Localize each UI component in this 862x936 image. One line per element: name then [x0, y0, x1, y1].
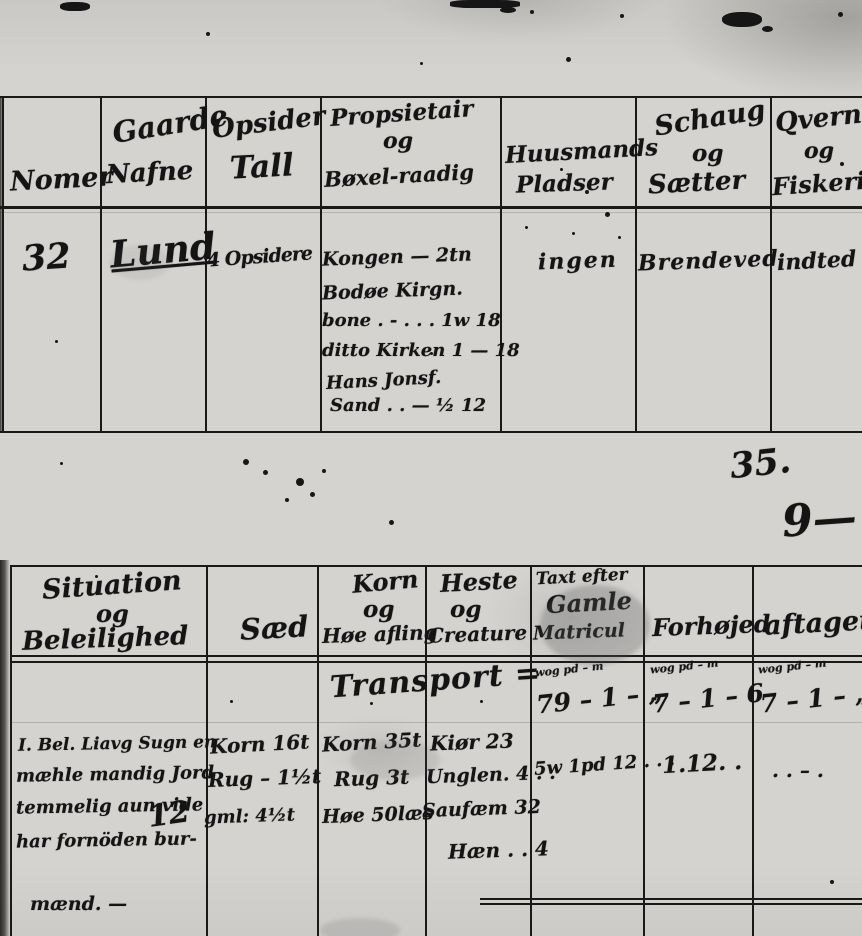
- t1-header-qvern: Qvern: [774, 102, 862, 137]
- t1-header-saetter: Sætter: [647, 167, 745, 198]
- t2-header-korn: Korn: [351, 567, 419, 597]
- t2-vline-2: [317, 565, 319, 936]
- t1-row-prop-line2: Bodøe Kirgn.: [322, 280, 463, 304]
- t2-header-korn-og: og: [363, 598, 394, 621]
- t2-transport-forhojed: 7 – 1 – 6: [651, 680, 765, 717]
- t1-header-boexel: Bøxel-raadig: [324, 161, 475, 190]
- t1-header-schaug-og: og: [692, 142, 723, 165]
- t1-header-schaug: Schaug: [653, 96, 767, 140]
- t1-row-schaug: Brendeved: [638, 248, 779, 275]
- t1-header-opsider: Opsider: [211, 103, 327, 143]
- t2-vline-0: [10, 565, 12, 936]
- t1-header-nafne: Nafne: [105, 158, 193, 189]
- t2-header-rule: [10, 655, 862, 657]
- t2-creature-line1: Kiør 23: [430, 731, 514, 754]
- t1-row-opsider-tall: 4 Opsidere: [206, 244, 312, 270]
- t1-row-huusmand: ingen: [538, 249, 618, 274]
- t1-row-prop-line1: Kongen — 2tn: [322, 245, 472, 269]
- t1-header-fiskeri: Fiskeri: [771, 169, 862, 199]
- t1-vline-0: [2, 96, 4, 433]
- t2-saed-line1: Korn 16t: [210, 731, 310, 756]
- t1-header-tall: Tall: [229, 150, 294, 184]
- t2-row-gamle: 5w 1pd 12 . . .: [534, 751, 676, 779]
- t2-header-aftaget: aftaget: [763, 607, 862, 640]
- t2-creature-line4: Hæn . . 4: [448, 838, 549, 862]
- t1-vline-4: [500, 96, 502, 433]
- t2-transport-rule: [10, 722, 862, 723]
- page-number: 35.: [728, 443, 792, 484]
- page-binding-edge-bottom: [0, 560, 10, 936]
- t2-transport-label: Transport =: [329, 659, 542, 704]
- t2-afling-line3: Høe 50læs: [322, 804, 434, 827]
- t1-row-prop-line4: ditto Kirken 1 — 18: [322, 342, 520, 360]
- t1-header-rule2: [0, 212, 862, 213]
- scanned-ledger-page: Nomer Gaarde Nafne Opsider Tall Propsiet…: [0, 0, 862, 936]
- t2-situation-flourish: 12: [146, 797, 192, 833]
- t2-header-heste-og: og: [450, 598, 481, 621]
- t2-saed-line3: gml: 4½t: [204, 806, 296, 827]
- margin-note: 9—: [781, 495, 859, 544]
- t1-header-qvern-og: og: [804, 140, 834, 162]
- t2-vline-4: [530, 565, 532, 936]
- t2-saed-line2: Rug – 1½t: [208, 766, 322, 790]
- t1-header-pladser: Pladser: [516, 170, 613, 196]
- t1-vline-1: [100, 96, 102, 433]
- t1-row-prop-line3: bone . - . . . 1w 18: [322, 312, 501, 330]
- t1-header-propsietair: Propsietair: [329, 97, 474, 130]
- t2-top-rule: [10, 565, 862, 567]
- t2-header-saed: Sæd: [239, 612, 309, 645]
- t1-row-number: 32: [21, 238, 72, 276]
- t2-situation-line4: har fornöden bur-: [16, 830, 197, 851]
- t2-situation-line1: I. Bel. Liavg Sugn en: [18, 734, 217, 754]
- t1-row-qvern: indted: [776, 248, 856, 274]
- t1-header-nomer: Nomer: [9, 163, 113, 195]
- t1-header-prop-og: og: [383, 130, 413, 152]
- t2-sum-rule: [480, 898, 862, 900]
- t2-sum-rule2: [480, 903, 862, 905]
- t2-row-forhojed: 1.12. .: [661, 750, 742, 777]
- t1-row-prop-line6: Sand . . — ½ 12: [330, 397, 486, 415]
- t1-bottom-rule: [0, 431, 862, 433]
- t2-creature-line3: Saufæm 32: [422, 798, 541, 821]
- t2-header-beleilighed: Beleilighed: [22, 623, 189, 655]
- t2-situation-line2: mæhle mandig Jord: [16, 764, 214, 785]
- t2-situation-line5: mænd. —: [30, 895, 127, 914]
- t2-header-hoeafling: Høe afling: [322, 622, 438, 646]
- t1-header-rule: [0, 206, 862, 209]
- t2-header-heste: Heste: [439, 568, 518, 596]
- t2-row-aftaget: . . – .: [772, 760, 824, 780]
- t1-row-prop-line5: Hans Jonsf.: [326, 369, 442, 393]
- t2-header-forhojed: Forhøjed: [652, 612, 771, 640]
- t2-header-creature: Creature: [428, 622, 528, 645]
- t2-transport-aftaget: 7 – 1 – „: [759, 680, 862, 716]
